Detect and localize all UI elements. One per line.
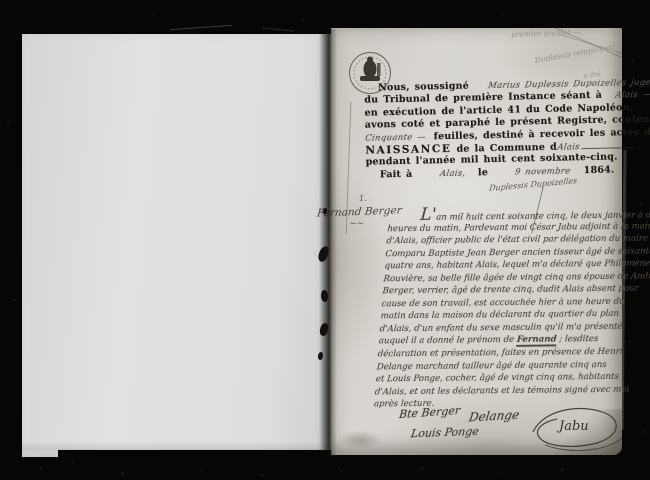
archival-register-scan: premier feuillet — Duplessis remplaçant … xyxy=(0,0,650,480)
handwritten-fill-commune: Alais xyxy=(556,142,580,153)
act-text: ; lesdites xyxy=(556,334,599,344)
child-name: Fernand xyxy=(516,335,557,347)
act-number: 1. xyxy=(359,194,367,203)
printed-text: Nous, soussigné xyxy=(378,80,469,93)
act-text: auquel il a donné le prénom de xyxy=(378,335,517,346)
ruled-blank-line xyxy=(581,140,633,149)
witness-signature: Louis Ponge xyxy=(410,425,480,440)
margin-flourish: ~~ xyxy=(349,219,364,229)
scratch-mark xyxy=(170,25,232,30)
printed-text: le xyxy=(478,167,488,178)
witness-signature: Delange xyxy=(468,408,520,425)
handwritten-fill-place: Alais, xyxy=(425,168,466,179)
pencil-note: Duplessis remplaçant xyxy=(534,42,616,65)
page-corner-curl xyxy=(550,409,622,455)
register-opening-statement: Nous, soussigné Marius Duplessis Dupoize… xyxy=(364,77,622,181)
blank-verso-page xyxy=(22,34,331,450)
birth-act-body: L'an mil huit cent soixante cinq, le deu… xyxy=(373,209,630,412)
page-stack-edge xyxy=(22,449,58,457)
ink-smudge xyxy=(339,430,383,450)
printed-text-year: 1864. xyxy=(584,164,615,176)
book-spine-shadow xyxy=(319,29,337,456)
printed-text: Fait à xyxy=(380,168,413,180)
handwritten-fill-date: 9 novembre xyxy=(500,166,571,177)
handwritten-fill-sheets: Cinquante — xyxy=(364,132,426,143)
handwritten-fill-seat: Alais — xyxy=(614,90,650,101)
register-recto-page: premier feuillet — Duplessis remplaçant … xyxy=(331,28,622,455)
dust-specks xyxy=(0,0,1,1)
scratch-mark xyxy=(262,27,294,31)
